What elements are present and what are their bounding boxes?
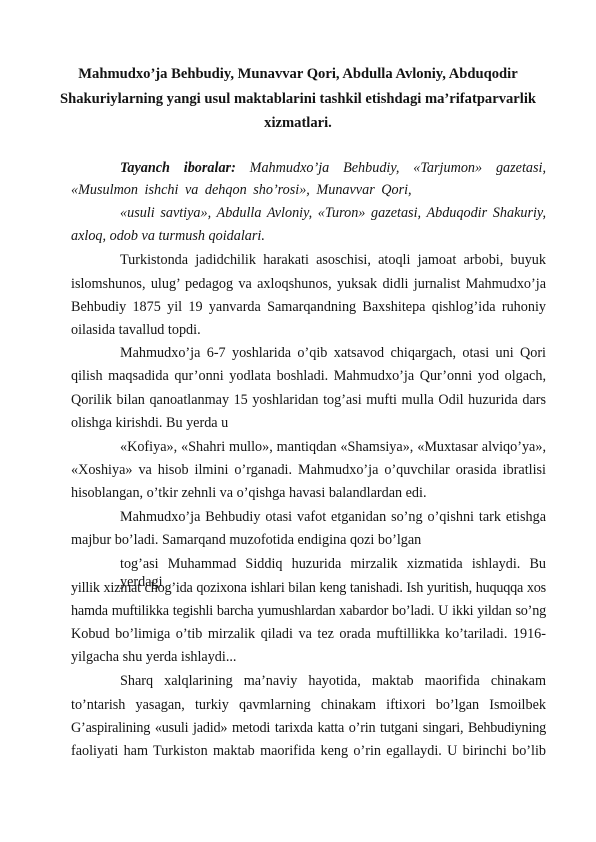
keywords-line-1-text: Mahmudxo’ja Behbudiy, «Tarjumon» gazetas… — [250, 160, 546, 176]
paragraph-5-line-5: yilgacha shu yerda ishlaydi... — [71, 648, 546, 666]
paragraph-1-line-2: islomshunos, ulug’ pedagog va axloqshuno… — [71, 275, 546, 293]
paragraph-3-line-1: «Kofiya», «Shahri mullo», mantiqdan «Sha… — [120, 438, 546, 456]
keywords-line-3: «usuli savtiya», Abdulla Avloniy, «Turon… — [120, 204, 546, 222]
paragraph-6-line-4: faoliyati ham Turkiston maktab maorifida… — [71, 742, 546, 760]
keywords-line-1: Tayanch iboralar: Mahmudxo’ja Behbudiy, … — [120, 159, 546, 177]
document-title-line-3: xizmatlari. — [60, 114, 536, 132]
paragraph-1-line-3: Behbudiy 1875 yil 19 yanvarda Samarqandn… — [71, 298, 546, 316]
paragraph-5-line-4: Kobud bo’limiga o’tib mirzalik qiladi va… — [71, 625, 546, 643]
paragraph-6-line-2: to’ntarish yasagan, turkiy qavmlarning c… — [71, 696, 546, 714]
paragraph-6-line-3: G’aspiralining «usuli jadid» metodi tari… — [71, 719, 546, 737]
paragraph-2-line-2: qilish maqsadida qur’onni yodlata boshla… — [71, 367, 546, 385]
paragraph-5-line-3: hamda muftilikka tegishli barcha yumushl… — [71, 602, 546, 620]
paragraph-4-line-1: Mahmudxo’ja Behbudiy otasi vafot etganid… — [120, 508, 546, 526]
paragraph-2-line-3: Qorilik bilan qanoatlanmay 15 yoshlarida… — [71, 391, 546, 409]
keywords-label: Tayanch iboralar: — [120, 160, 236, 176]
paragraph-3-line-3: hisoblangan, o’tkir zehnli va o’qishga h… — [71, 484, 546, 502]
keywords-line-2: «Musulmon ishchi va dehqon sho’rosi», Mu… — [71, 181, 546, 199]
paragraph-1-line-1: Turkistonda jadidchilik harakati asoschi… — [120, 251, 546, 269]
paragraph-6-line-1: Sharq xalqlarining ma’naviy hayotida, ma… — [120, 672, 546, 690]
paragraph-5-line-2: yillik xizmat chog’ida qozixona ishlari … — [71, 579, 546, 597]
keywords-line-4: axloq, odob va turmush qoidalari. — [71, 227, 546, 245]
paragraph-1-line-4: oilasida tavallud topdi. — [71, 321, 546, 339]
document-page: Mahmudxo’ja Behbudiy, Munavvar Qori, Abd… — [0, 0, 596, 842]
paragraph-3-line-2: «Xoshiya» va hisob ilmini o’rganadi. Mah… — [71, 461, 546, 479]
document-title-line-2: Shakuriylarning yangi usul maktablarini … — [60, 90, 536, 108]
document-title-line-1: Mahmudxo’ja Behbudiy, Munavvar Qori, Abd… — [60, 65, 536, 83]
paragraph-2-line-1: Mahmudxo’ja 6-7 yoshlarida o’qib xatsavo… — [120, 344, 546, 362]
paragraph-2-line-4: olishga kirishdi. Bu yerda u — [71, 414, 546, 432]
paragraph-4-line-2: majbur bo’ladi. Samarqand muzofotida end… — [71, 531, 546, 549]
